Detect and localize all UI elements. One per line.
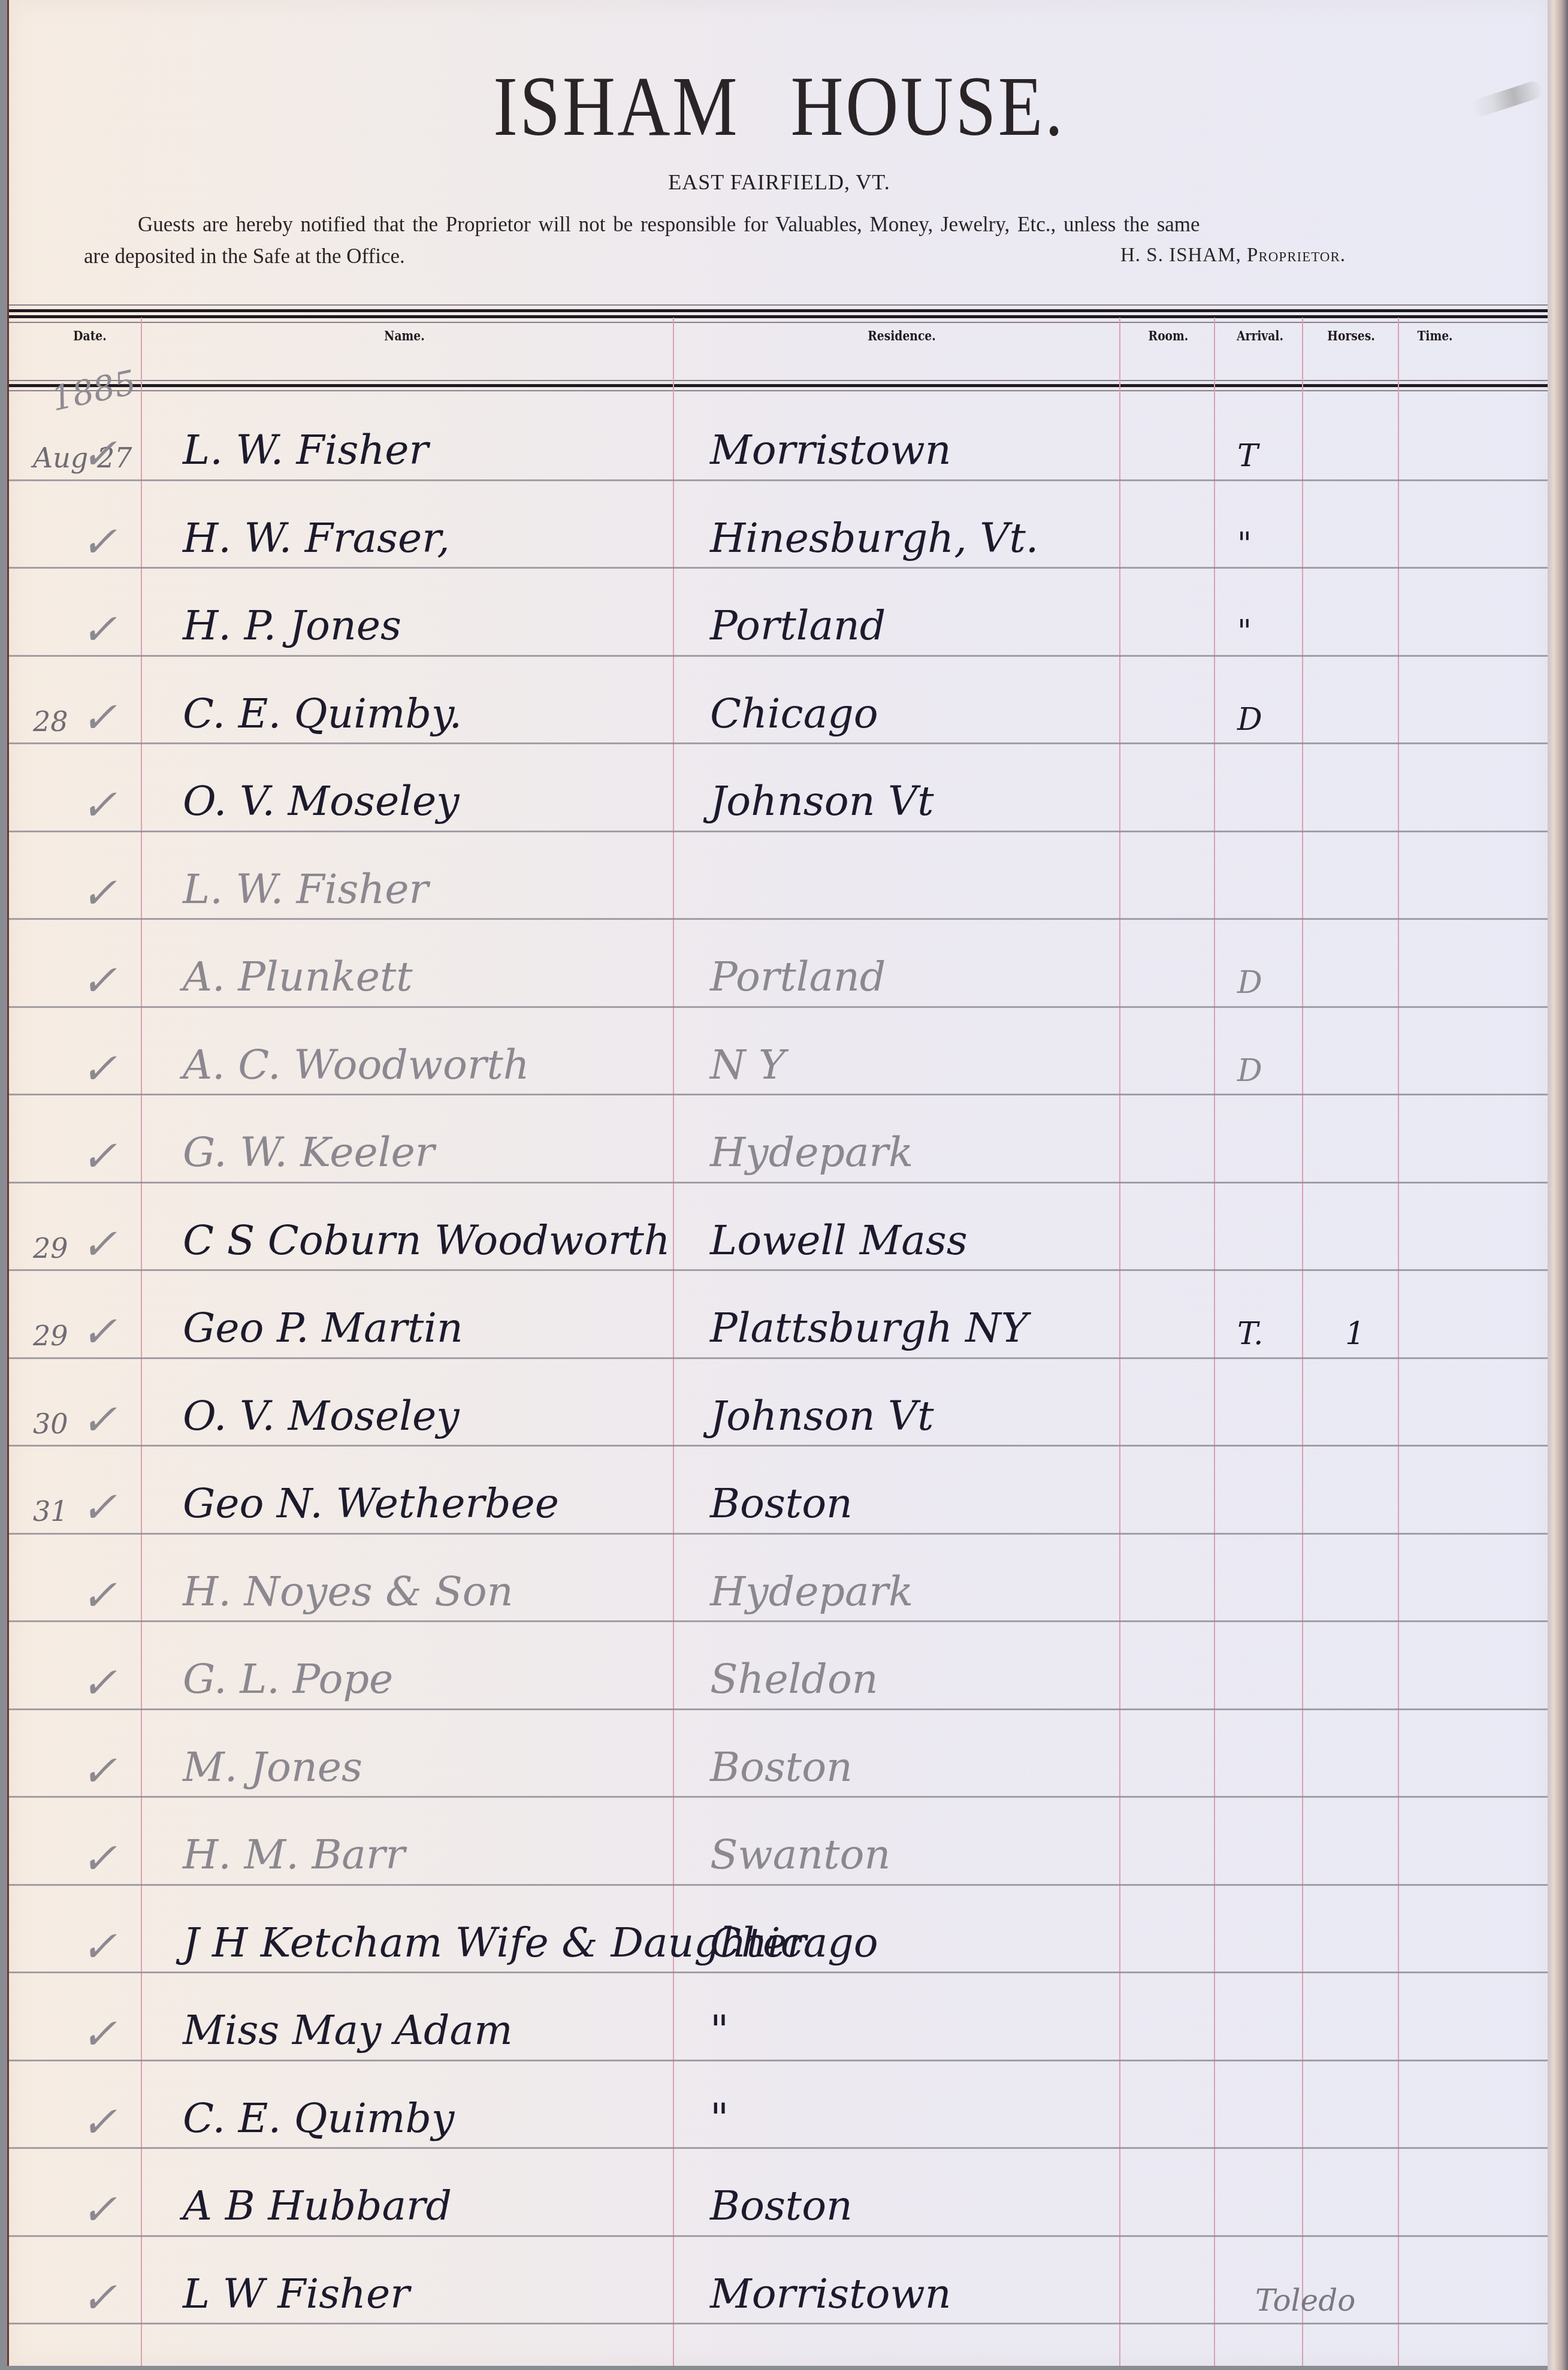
checkmark-icon: ✓	[81, 2184, 117, 2235]
header-rule	[9, 380, 1549, 381]
guest-residence: Morristown	[710, 427, 951, 474]
checkmark-icon: ✓	[81, 1570, 117, 1620]
table-row: ✓L W FisherMorristownToledo	[9, 2236, 1549, 2324]
column-header-room: Room.	[1135, 328, 1202, 352]
guest-name: H. Noyes & Son	[183, 1568, 513, 1616]
table-row: ✓O. V. MoseleyJohnson Vt	[9, 744, 1549, 831]
guest-name: H. W. Fraser,	[183, 515, 450, 562]
guest-name: C S Coburn Woodworth	[183, 1217, 670, 1264]
arrival-mark: D	[1237, 965, 1262, 1001]
guest-name: H. M. Barr	[183, 1831, 405, 1879]
checkmark-icon: ✓	[81, 604, 117, 654]
guest-name: M. Jones	[183, 1744, 362, 1791]
checkmark-icon: ✓	[81, 428, 117, 479]
book-edge	[1548, 0, 1568, 2370]
date-cell: 31	[33, 1495, 68, 1527]
guest-residence: Hydepark	[710, 1568, 913, 1616]
page-title: ISHAM HOUSE.	[117, 57, 1442, 155]
table-row: ✓C. E. Quimby"	[9, 2061, 1549, 2148]
table-row: ✓H. W. Fraser,Hinesburgh, Vt."	[9, 481, 1549, 568]
column-header-name: Name.	[364, 328, 445, 352]
checkmark-icon: ✓	[81, 2097, 117, 2147]
header-rule	[9, 309, 1549, 312]
header-rule	[9, 315, 1549, 318]
guest-name: Geo N. Wetherbee	[183, 1480, 559, 1527]
guest-name: A. C. Woodworth	[183, 1041, 530, 1089]
guest-name: L. W. Fisher	[183, 427, 428, 474]
hotel-location: EAST FAIRFIELD, VT.	[9, 170, 1549, 195]
guest-residence: Plattsburgh NY	[710, 1305, 1028, 1352]
date-cell: 28	[33, 705, 68, 738]
guest-name: L. W. Fisher	[183, 866, 428, 913]
arrival-mark: T	[1237, 438, 1258, 474]
checkmark-icon: ✓	[81, 1746, 117, 1796]
column-header-arrival: Arrival.	[1225, 328, 1296, 352]
checkmark-icon: ✓	[81, 2272, 117, 2323]
guest-residence: Johnson Vt	[710, 778, 933, 825]
guest-residence: Morristown	[710, 2271, 951, 2318]
table-row: 31✓Geo N. WetherbeeBoston	[9, 1446, 1549, 1533]
header-rule	[9, 390, 1549, 391]
checkmark-icon: ✓	[81, 1131, 117, 1181]
guest-name: O. V. Moseley	[183, 1393, 460, 1440]
guest-residence: Swanton	[710, 1831, 890, 1879]
checkmark-icon: ✓	[81, 1394, 117, 1445]
column-header-residence: Residence.	[846, 328, 958, 352]
guest-name: Miss May Adam	[183, 2007, 513, 2054]
guest-name: A. Plunkett	[183, 953, 413, 1001]
safe-notice-line-2: are deposited in the Safe at the Office.	[84, 244, 405, 268]
checkmark-icon: ✓	[81, 1219, 117, 1269]
checkmark-icon: ✓	[81, 517, 117, 567]
table-row: 28✓C. E. Quimby.ChicagoD	[9, 656, 1549, 744]
checkmark-icon: ✓	[81, 1921, 117, 1972]
guest-residence: Boston	[710, 2182, 853, 2230]
guest-residence: Hinesburgh, Vt.	[710, 515, 1038, 562]
checkmark-icon: ✓	[81, 868, 117, 918]
guest-residence: Portland	[710, 602, 886, 650]
checkmark-icon: ✓	[81, 1833, 117, 1883]
checkmark-icon: ✓	[81, 780, 117, 830]
table-row: ✓A B HubbardBoston	[9, 2148, 1549, 2236]
column-header-time: Time.	[1404, 328, 1466, 352]
safe-notice-line-1: Guests are hereby notified that the Prop…	[138, 213, 1516, 237]
arrival-mark: "	[1237, 526, 1252, 562]
guest-residence: Sheldon	[710, 1656, 878, 1703]
guest-name: A B Hubbard	[183, 2182, 452, 2230]
checkmark-icon: ✓	[81, 1658, 117, 1708]
table-row: ✓J H Ketcham Wife & DaughterChicago	[9, 1885, 1549, 1973]
table-row: ✓H. P. JonesPortland"	[9, 568, 1549, 656]
arrival-mark: D	[1237, 1053, 1262, 1089]
column-header-horses: Horses.	[1313, 328, 1389, 352]
proprietor-title: Proprietor.	[1247, 244, 1346, 266]
table-row: ✓G. W. KeelerHydepark	[9, 1095, 1549, 1182]
guest-residence: Johnson Vt	[710, 1393, 933, 1440]
table-row: ✓G. L. PopeSheldon	[9, 1622, 1549, 1709]
table-row: ✓A. PlunkettPortlandD	[9, 919, 1549, 1007]
table-row: 29✓C S Coburn WoodworthLowell Mass	[9, 1183, 1549, 1270]
table-row: ✓H. Noyes & SonHydepark	[9, 1534, 1549, 1622]
table-row: ✓H. M. BarrSwanton	[9, 1797, 1549, 1885]
guest-name: H. P. Jones	[183, 602, 401, 650]
proprietor-name: H. S. ISHAM,	[1120, 244, 1241, 266]
guest-residence: Hydepark	[710, 1129, 913, 1176]
table-row: ✓Miss May Adam"	[9, 1973, 1549, 2060]
guest-residence: "	[710, 2095, 729, 2142]
guest-name: C. E. Quimby	[183, 2095, 454, 2142]
date-cell: 29	[33, 1232, 68, 1264]
guest-residence: Boston	[710, 1480, 853, 1527]
guest-name: O. V. Moseley	[183, 778, 460, 825]
table-row: ✓L. W. Fisher	[9, 832, 1549, 919]
header-rule	[9, 322, 1549, 323]
header-rule	[9, 384, 1549, 387]
checkmark-icon: ✓	[81, 692, 117, 742]
proprietor-signature: H. S. ISHAM, Proprietor.	[1120, 244, 1346, 267]
ledger-page: ISHAM HOUSE. EAST FAIRFIELD, VT. Guests …	[7, 0, 1549, 2366]
checkmark-icon: ✓	[81, 955, 117, 1006]
table-row: 29✓Geo P. MartinPlattsburgh NYT.1	[9, 1270, 1549, 1358]
checkmark-icon: ✓	[81, 1043, 117, 1094]
header-rule	[9, 304, 1549, 306]
table-row: Aug 27✓L. W. FisherMorristownT	[9, 393, 1549, 480]
guest-residence: N Y	[710, 1041, 785, 1089]
horses-count: 1	[1345, 1316, 1365, 1352]
guest-residence: Portland	[710, 953, 886, 1001]
arrival-mark: T.	[1237, 1316, 1264, 1352]
guest-name: C. E. Quimby.	[183, 690, 462, 738]
arrival-mark: "	[1237, 614, 1252, 650]
paper-smudge	[1470, 79, 1543, 119]
guest-name: G. W. Keeler	[183, 1129, 434, 1176]
guest-residence: "	[710, 2007, 729, 2054]
column-header-date: Date.	[52, 328, 128, 352]
guest-residence: Chicago	[710, 1919, 878, 1967]
guest-residence: Lowell Mass	[710, 1217, 968, 1264]
guest-residence: Boston	[710, 1744, 853, 1791]
date-cell: 29	[33, 1320, 68, 1352]
checkmark-icon: ✓	[81, 2009, 117, 2059]
guest-name: G. L. Pope	[183, 1656, 393, 1703]
checkmark-icon: ✓	[81, 1482, 117, 1532]
row-rule	[9, 2323, 1549, 2324]
table-row: ✓M. JonesBoston	[9, 1710, 1549, 1797]
checkmark-icon: ✓	[81, 1306, 117, 1357]
table-row: ✓A. C. WoodworthN YD	[9, 1007, 1549, 1095]
arrival-mark: D	[1237, 702, 1262, 738]
guest-name: L W Fisher	[183, 2271, 410, 2318]
time-note: Toledo	[1255, 2283, 1355, 2318]
date-cell: 30	[33, 1408, 68, 1440]
guest-residence: Chicago	[710, 690, 878, 738]
guest-name: Geo P. Martin	[183, 1305, 463, 1352]
table-row: 30✓O. V. MoseleyJohnson Vt	[9, 1358, 1549, 1446]
